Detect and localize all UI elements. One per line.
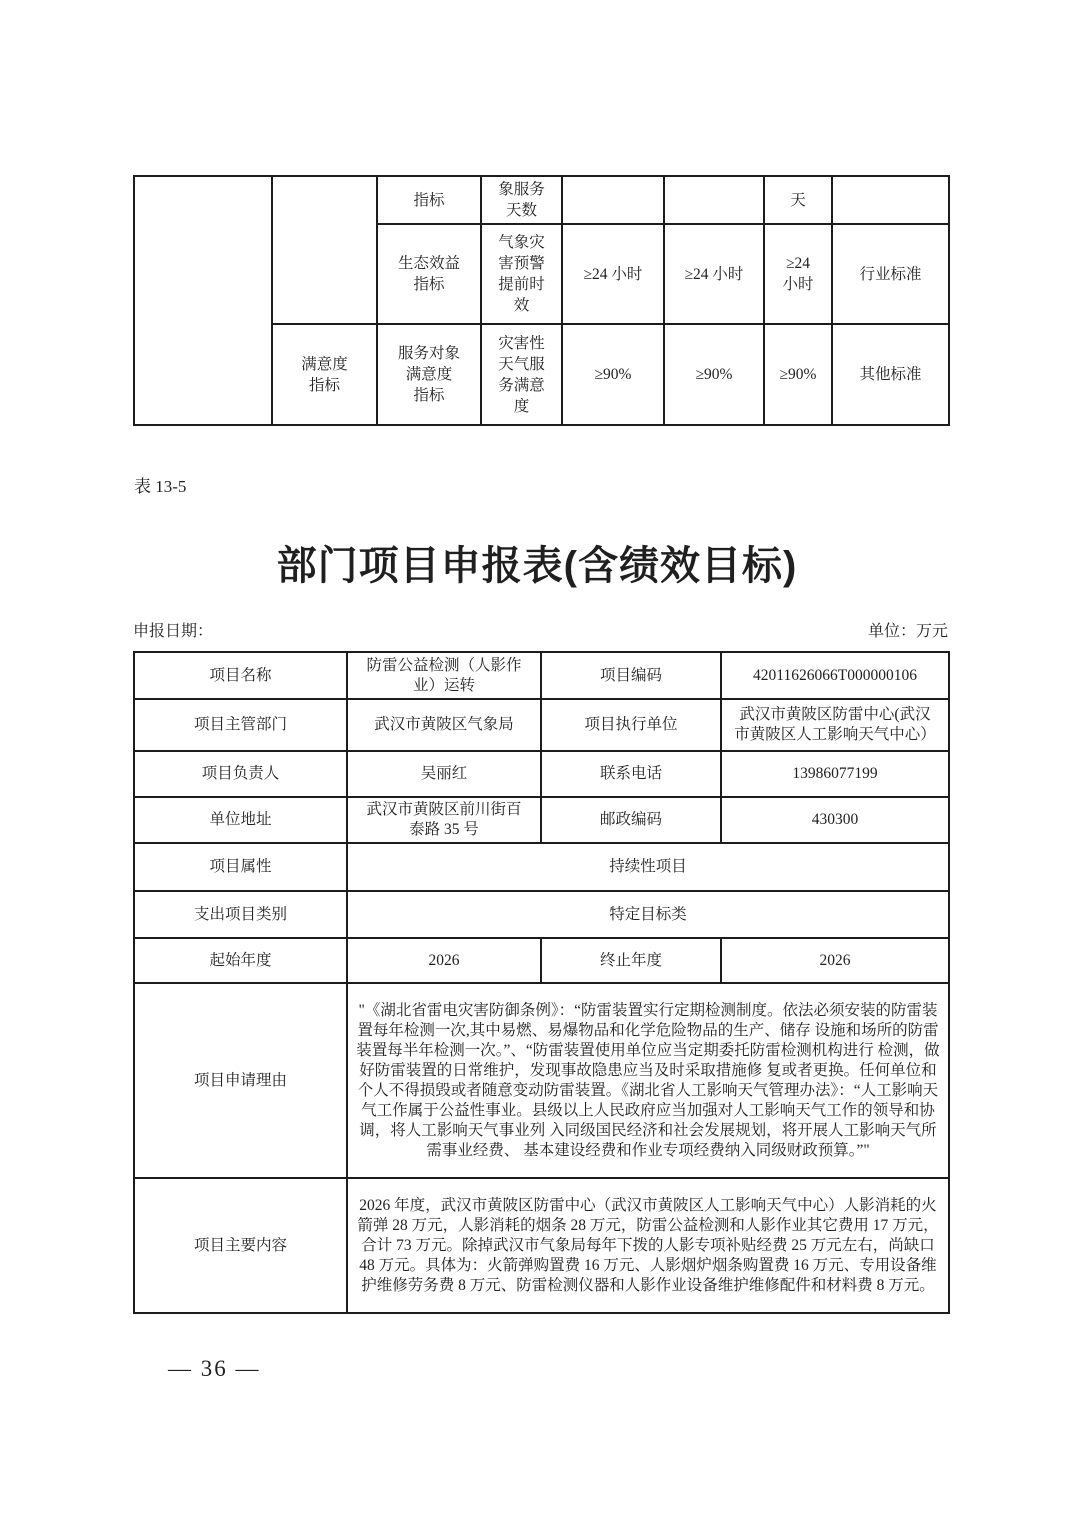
application-reason-value-cell: "《湖北省雷电灾害防御条例》：“防雷装置实行定期检测制度。依法必须安装的防雷装置…	[347, 983, 949, 1178]
target-value-cell: ≥90%	[664, 324, 764, 425]
table-row: 支出项目类别 特定目标类	[134, 891, 949, 938]
target-value-cell: ≥24 小时	[764, 224, 832, 324]
expenditure-category-label-cell: 支出项目类别	[134, 891, 347, 938]
currency-unit-label: 单位：万元	[868, 618, 948, 641]
table-row: 项目申请理由 "《湖北省雷电灾害防御条例》：“防雷装置实行定期检测制度。依法必须…	[134, 983, 949, 1178]
table-row: 项目名称 防雷公益检测（人影作 业）运转 项目编码 42011626066T00…	[134, 652, 949, 699]
indicator-name-cell: 气象灾 害预警 提前时 效	[481, 224, 562, 324]
declaration-date-label: 申报日期：	[133, 618, 213, 641]
unit-cell: 天	[764, 176, 832, 224]
indicator-type-cell: 生态效益 指标	[377, 224, 481, 324]
page-title: 部门项目申报表(含绩效目标)	[0, 538, 1074, 594]
contact-phone-value-cell: 13986077199	[721, 751, 949, 797]
table-number-label: 表 13-5	[134, 472, 186, 497]
empty-cell	[272, 176, 377, 324]
project-leader-label-cell: 项目负责人	[134, 751, 347, 797]
table-row: 项目负责人 吴丽红 联系电话 13986077199	[134, 751, 949, 797]
project-application-form-table: 项目名称 防雷公益检测（人影作 业）运转 项目编码 42011626066T00…	[133, 651, 950, 1314]
indicator-type-cell: 指标	[377, 176, 481, 224]
empty-cell	[134, 176, 272, 425]
executing-unit-value-cell: 武汉市黄陂区防雷中心(武汉 市黄陂区人工影响天气中心）	[721, 699, 949, 751]
target-value-cell	[562, 176, 664, 224]
project-attribute-value-cell: 持续性项目	[347, 843, 949, 891]
end-year-label-cell: 终止年度	[541, 938, 721, 983]
unit-address-label-cell: 单位地址	[134, 797, 347, 843]
table-row: 项目主要内容 2026 年度，武汉市黄陂区防雷中心（武汉市黄陂区人工影响天气中心…	[134, 1178, 949, 1313]
project-code-value-cell: 42011626066T000000106	[721, 652, 949, 699]
project-name-label-cell: 项目名称	[134, 652, 347, 699]
postal-code-label-cell: 邮政编码	[541, 797, 721, 843]
project-attribute-label-cell: 项目属性	[134, 843, 347, 891]
standard-source-cell: 其他标准	[832, 324, 949, 425]
end-year-value-cell: 2026	[721, 938, 949, 983]
page-number: — 36 —	[168, 1356, 261, 1382]
table-row: 项目属性 持续性项目	[134, 843, 949, 891]
table-row: 单位地址 武汉市黄陂区前川街百 泰路 35 号 邮政编码 430300	[134, 797, 949, 843]
table-row: 起始年度 2026 终止年度 2026	[134, 938, 949, 983]
supervising-department-value-cell: 武汉市黄陂区气象局	[347, 699, 541, 751]
main-content-value-cell: 2026 年度，武汉市黄陂区防雷中心（武汉市黄陂区人工影响天气中心）人影消耗的火…	[347, 1178, 949, 1313]
main-content-label-cell: 项目主要内容	[134, 1178, 347, 1313]
executing-unit-label-cell: 项目执行单位	[541, 699, 721, 751]
project-name-value-cell: 防雷公益检测（人影作 业）运转	[347, 652, 541, 699]
indicator-name-cell: 灾害性 天气服 务满意 度	[481, 324, 562, 425]
start-year-label-cell: 起始年度	[134, 938, 347, 983]
standard-source-cell: 行业标准	[832, 224, 949, 324]
project-code-label-cell: 项目编码	[541, 652, 721, 699]
standard-source-cell	[832, 176, 949, 224]
indicator-category-cell: 满意度 指标	[272, 324, 377, 425]
target-value-cell: ≥24 小时	[562, 224, 664, 324]
expenditure-category-value-cell: 特定目标类	[347, 891, 949, 938]
start-year-value-cell: 2026	[347, 938, 541, 983]
table-row: 项目主管部门 武汉市黄陂区气象局 项目执行单位 武汉市黄陂区防雷中心(武汉 市黄…	[134, 699, 949, 751]
performance-indicator-continuation-table: 指标 象服务 天数 天 生态效益 指标 气象灾 害预警 提前时 效 ≥24 小时…	[133, 175, 950, 426]
application-reason-label-cell: 项目申请理由	[134, 983, 347, 1178]
target-value-cell	[664, 176, 764, 224]
indicator-name-cell: 象服务 天数	[481, 176, 562, 224]
supervising-department-label-cell: 项目主管部门	[134, 699, 347, 751]
form-meta-row: 申报日期： 单位：万元	[133, 618, 948, 641]
unit-address-value-cell: 武汉市黄陂区前川街百 泰路 35 号	[347, 797, 541, 843]
contact-phone-label-cell: 联系电话	[541, 751, 721, 797]
indicator-type-cell: 服务对象 满意度 指标	[377, 324, 481, 425]
target-value-cell: ≥24 小时	[664, 224, 764, 324]
postal-code-value-cell: 430300	[721, 797, 949, 843]
project-leader-value-cell: 吴丽红	[347, 751, 541, 797]
target-value-cell: ≥90%	[562, 324, 664, 425]
target-value-cell: ≥90%	[764, 324, 832, 425]
table-row: 指标 象服务 天数 天	[134, 176, 949, 224]
document-page: 指标 象服务 天数 天 生态效益 指标 气象灾 害预警 提前时 效 ≥24 小时…	[0, 0, 1074, 1520]
